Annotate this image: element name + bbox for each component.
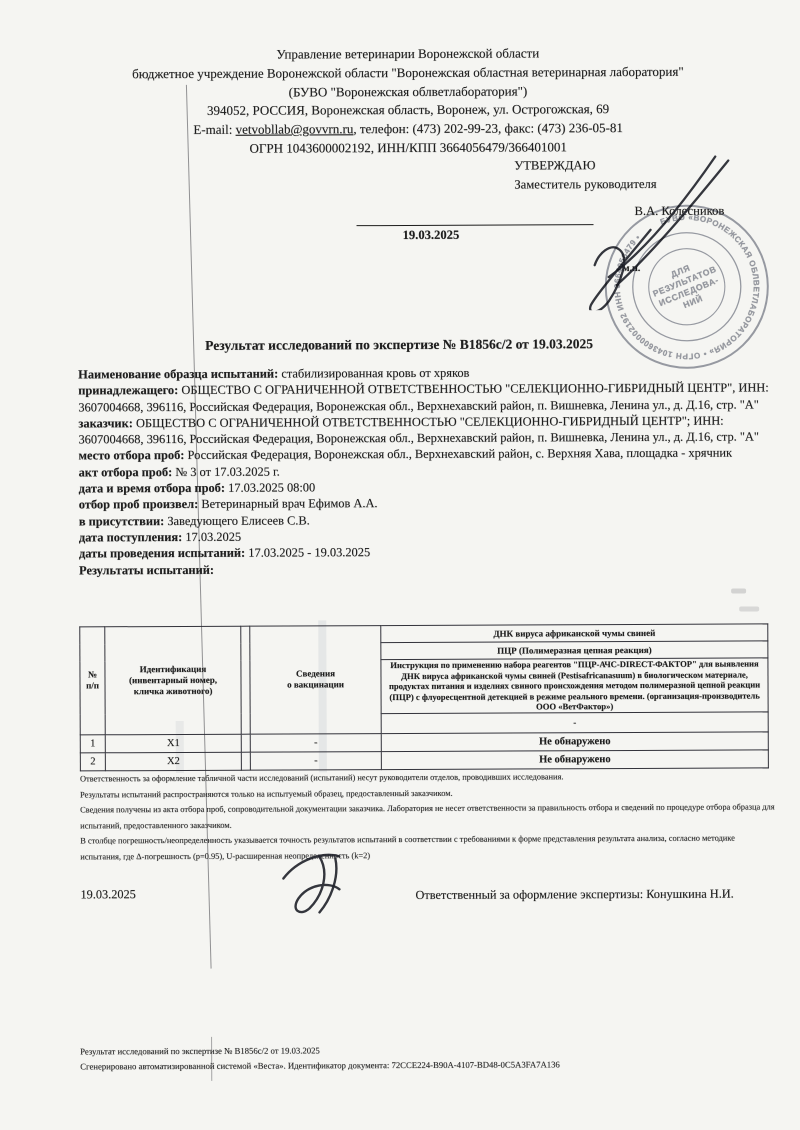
cell-identification: X2	[105, 752, 241, 771]
detail-row: заказчик: ОБЩЕСТВО С ОГРАНИЧЕННОЙ ОТВЕТС…	[78, 412, 770, 448]
detail-value: 17.03.2025 08:00	[228, 480, 315, 494]
detail-label: дата и время отбора проб:	[79, 481, 225, 496]
scanned-document: Управление ветеринарии Воронежской облас…	[0, 0, 800, 1130]
col-header-vaccination: Сведения о вакцинации	[250, 626, 381, 735]
col-header-identification: Идентификация (инвентарный номер, кличка…	[105, 626, 241, 735]
detail-value: № 3 от 17.03.2025 г.	[175, 464, 279, 478]
col-header-dash: -	[381, 712, 768, 734]
cell-spacer	[241, 752, 250, 770]
cell-spacer	[241, 734, 250, 752]
footnote: В столбце погрешность/неопределенность у…	[80, 831, 776, 865]
detail-label: заказчик:	[78, 416, 133, 430]
footnote: Сведения получены из акта отбора проб, с…	[80, 800, 776, 834]
detail-label: место отбора проб:	[78, 448, 184, 462]
footnotes: Ответственность за оформление табличной …	[80, 768, 776, 865]
footer-document-id: Сгенерировано автоматизированной системо…	[80, 1057, 560, 1074]
results-section-label: Результаты испытаний:	[79, 559, 771, 578]
detail-value: стабилизированная кровь от хряков	[281, 366, 469, 381]
detail-value: ОБЩЕСТВО С ОГРАНИЧЕННОЙ ОТВЕТСТВЕННОСТЬЮ…	[78, 381, 768, 414]
detail-row: место отбора проб: Российская Федерация,…	[78, 445, 770, 464]
org-header: Управление ветеринарии Воронежской облас…	[38, 43, 778, 159]
signoff-date: 19.03.2025	[80, 887, 135, 902]
cell-num: 1	[80, 735, 105, 753]
detail-value: Ветеринарный врач Ефимов А.А.	[201, 496, 377, 511]
approval-date: 19.03.2025	[403, 228, 460, 243]
detail-label: даты проведения испытаний:	[79, 546, 245, 561]
page-footer: Результат исследований по экспертизе № В…	[80, 1042, 560, 1074]
cell-num: 2	[80, 753, 105, 771]
detail-value: 17.03.2025	[185, 530, 241, 544]
detail-label: отбор проб произвел:	[79, 497, 199, 512]
detail-label: в присутствии:	[79, 514, 164, 528]
detail-value: Российская Федерация, Воронежская обл., …	[187, 446, 732, 462]
detail-row: принадлежащего: ОБЩЕСТВО С ОГРАНИЧЕННОЙ …	[78, 380, 770, 416]
responsible-signature	[277, 846, 369, 920]
cell-result: Не обнаружено	[381, 732, 768, 752]
sample-details: Наименование образца испытаний: стабилиз…	[78, 363, 771, 578]
cell-vaccination: -	[250, 752, 381, 771]
detail-label: принадлежащего:	[78, 383, 178, 397]
col-header-test-group: ДНК вируса африканской чумы свиней	[381, 624, 768, 643]
phone-fax-text: , телефон: (473) 202-99-23, факс: (473) …	[353, 120, 623, 136]
signature-stroke	[283, 855, 339, 879]
results-table: № п/п Идентификация (инвентарный номер, …	[79, 623, 769, 771]
detail-value: Заведующего Елисеев С.В.	[167, 513, 309, 528]
document-title: Результат исследований по экспертизе № В…	[39, 335, 759, 354]
scan-noise	[739, 606, 759, 611]
scan-noise	[731, 588, 746, 593]
cell-vaccination: -	[250, 734, 381, 753]
detail-value: 17.03.2025 - 19.03.2025	[248, 545, 370, 560]
signature-stroke	[295, 856, 339, 912]
org-name-line: бюджетное учреждение Воронежской области…	[38, 62, 778, 84]
email-label: E-mail:	[193, 122, 235, 137]
detail-label: Наименование образца испытаний:	[78, 367, 278, 382]
detail-value: ОБЩЕСТВО С ОГРАНИЧЕННОЙ ОТВЕТСТВЕННОСТЬЮ…	[78, 413, 759, 446]
cell-result: Не обнаружено	[381, 750, 768, 770]
col-header-num: № п/п	[80, 627, 105, 735]
responsible-person: Ответственный за оформление экспертизы: …	[415, 887, 733, 903]
col-header-method: ПЦР (Полимеразная цепная реакция)	[381, 641, 768, 660]
col-header-spacer	[241, 626, 250, 734]
detail-label: акт отбора проб:	[79, 465, 173, 479]
table-row: 2 X2 - Не обнаружено	[80, 750, 768, 771]
document-content: Управление ветеринарии Воронежской облас…	[0, 0, 800, 1130]
detail-label: дата поступления:	[79, 530, 182, 544]
cell-identification: X1	[105, 734, 241, 753]
col-header-method-detail: Инструкция по применению набора реагенто…	[381, 658, 768, 714]
email-link[interactable]: vetvobllab@govvrn.ru	[236, 121, 354, 137]
